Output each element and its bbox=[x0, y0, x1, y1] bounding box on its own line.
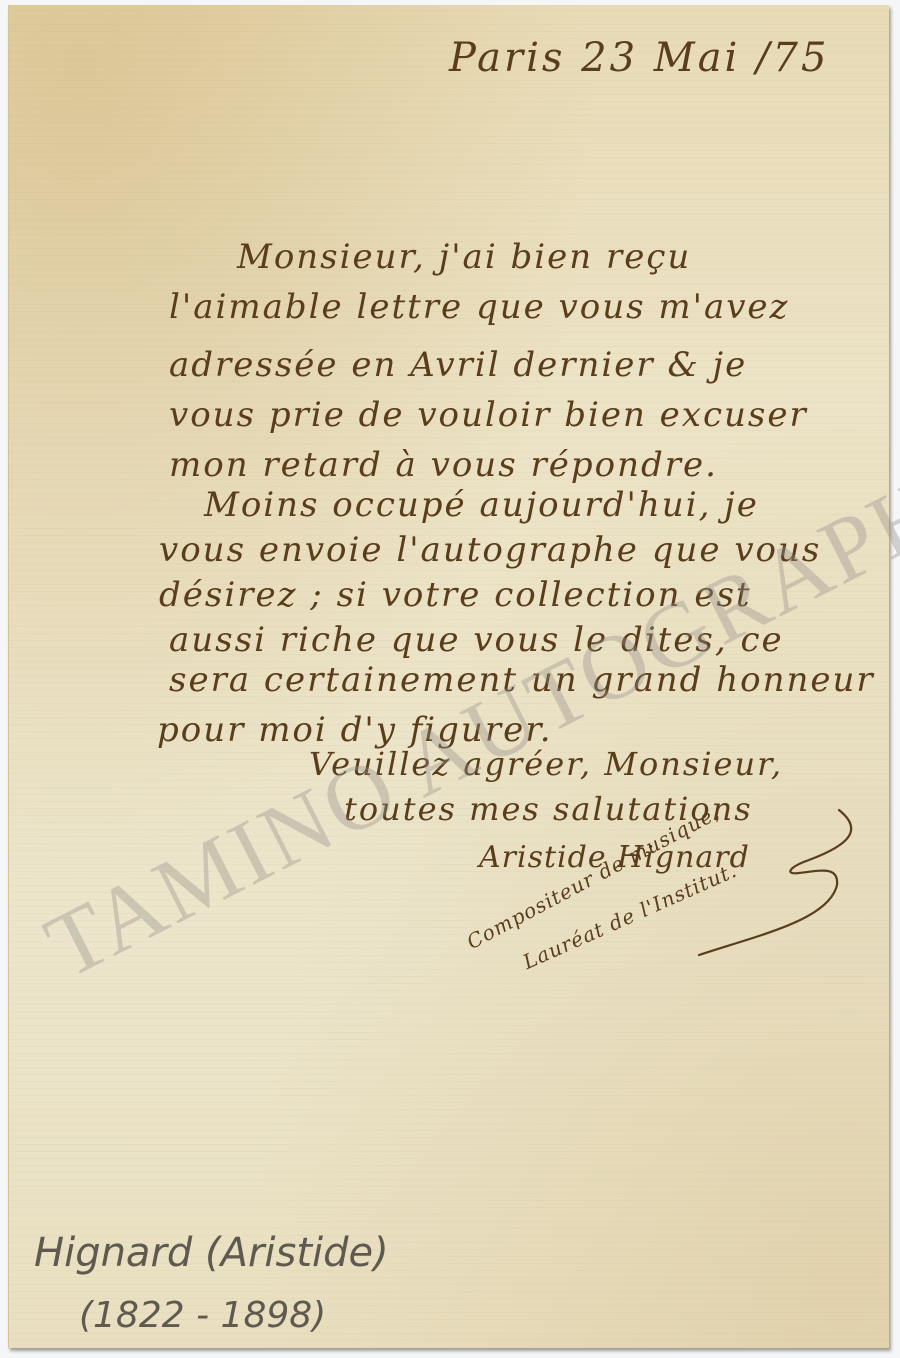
body-line: désirez ; si votre collection est bbox=[159, 575, 752, 615]
body-line: mon retard à vous répondre. bbox=[169, 445, 718, 485]
body-line: Moins occupé aujourd'hui, je bbox=[204, 485, 759, 525]
pencil-annotation-name: Hignard (Aristide) bbox=[34, 1230, 389, 1276]
body-line: vous prie de vouloir bien excuser bbox=[169, 395, 808, 435]
body-line: pour moi d'y figurer. bbox=[157, 710, 553, 750]
body-line: sera certainement un grand honneur bbox=[169, 660, 875, 700]
closing-line: Veuillez agréer, Monsieur, bbox=[309, 745, 783, 783]
body-line: aussi riche que vous le dites, ce bbox=[169, 620, 784, 660]
dateline: Paris 23 Mai /75 bbox=[449, 35, 829, 81]
body-line: adressée en Avril dernier & je bbox=[169, 345, 747, 385]
body-line: vous envoie l'autographe que vous bbox=[159, 530, 821, 570]
letter-sheet: Paris 23 Mai /75 Monsieur, j'ai bien reç… bbox=[8, 5, 889, 1348]
signature-flourish-icon bbox=[689, 805, 869, 965]
body-line: l'aimable lettre que vous m'avez bbox=[169, 287, 789, 327]
pencil-annotation-dates: (1822 - 1898) bbox=[79, 1295, 326, 1336]
body-line: Monsieur, j'ai bien reçu bbox=[237, 237, 691, 277]
